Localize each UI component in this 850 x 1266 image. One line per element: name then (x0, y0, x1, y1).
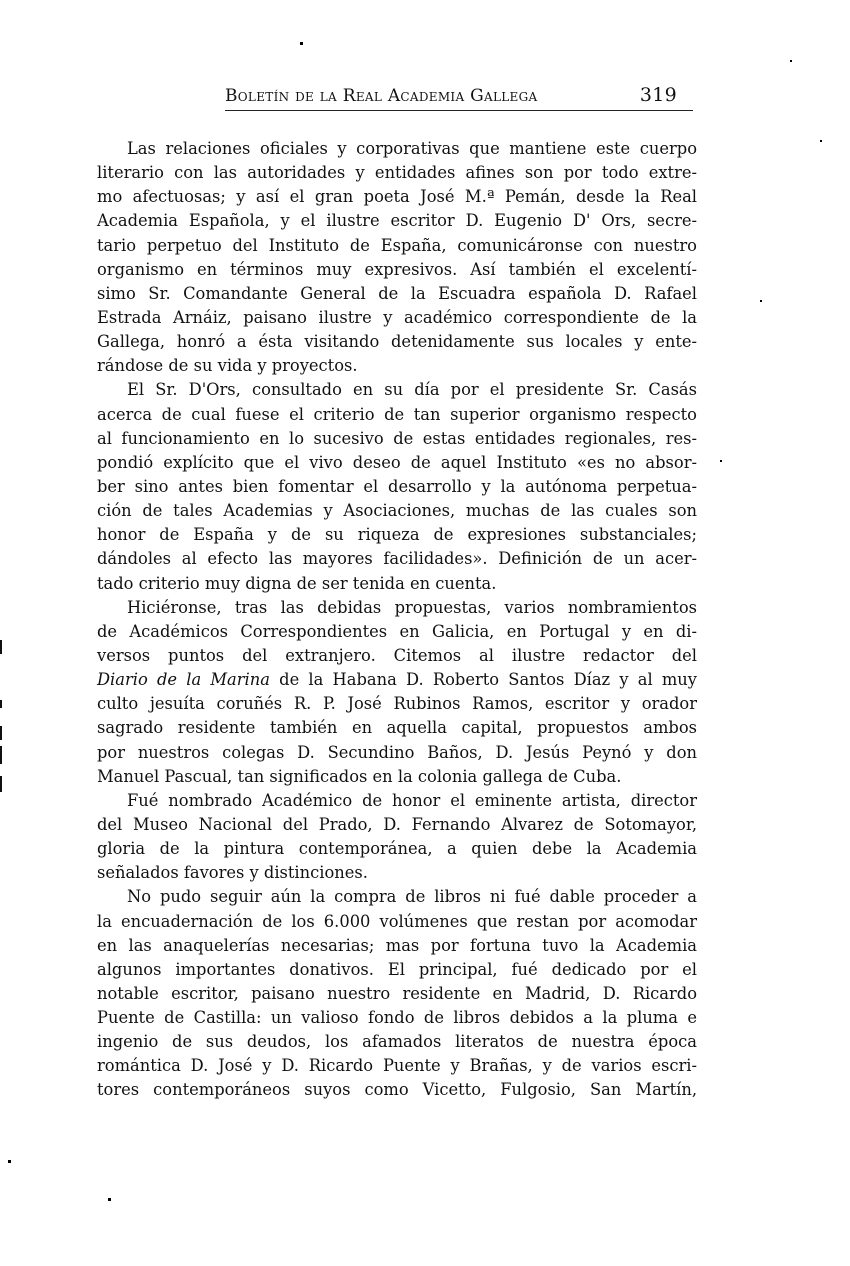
body-text: Las relaciones oficiales y corporativas … (97, 137, 697, 1103)
scan-edge-mark (0, 700, 2, 708)
text-line: ber sino antes bien fomentar el desarrol… (97, 475, 697, 499)
text-line: ción de tales Academias y Asociaciones, … (97, 499, 697, 523)
text-line: por nuestros colegas D. Secundino Baños,… (97, 741, 697, 765)
header-rule (225, 110, 693, 111)
text-line: acerca de cual fuese el criterio de tan … (97, 403, 697, 427)
scan-speckle (720, 460, 722, 462)
text-line: versos puntos del extranjero. Citemos al… (97, 644, 697, 668)
text-line: de Académicos Correspondientes en Galici… (97, 620, 697, 644)
text-line-with-italic: Diario de la Marina de la Habana D. Robe… (97, 668, 697, 692)
text-line: gloria de la pintura contemporánea, a qu… (97, 837, 697, 861)
scan-edge-mark (0, 726, 2, 740)
text-line: organismo en términos muy expresivos. As… (97, 258, 697, 282)
page-number: 319 (640, 84, 677, 106)
text-line: honor de España y de su riqueza de expre… (97, 523, 697, 547)
text-line: pondió explícito que el vivo deseo de aq… (97, 451, 697, 475)
text-line: No pudo seguir aún la compra de libros n… (97, 885, 697, 909)
text-line: literario con las autoridades y entidade… (97, 161, 697, 185)
scan-edge-mark (0, 746, 2, 764)
text-line: simo Sr. Comandante General de la Escuad… (97, 282, 697, 306)
scan-edge-mark (0, 776, 2, 792)
text-line: Fué nombrado Académico de honor el emine… (97, 789, 697, 813)
paragraph-1: Las relaciones oficiales y corporativas … (97, 137, 697, 378)
paragraph-3: Hiciéronse, tras las debidas propuestas,… (97, 596, 697, 789)
text-line: algunos importantes donativos. El princi… (97, 958, 697, 982)
scan-speckle (820, 140, 822, 142)
scanned-page: Boletín de la Real Academia Gallega 319 … (0, 0, 850, 1266)
scan-speckle (300, 42, 303, 45)
text-line: Academia Española, y el ilustre escritor… (97, 209, 697, 233)
paragraph-4: Fué nombrado Académico de honor el emine… (97, 789, 697, 886)
italic-newspaper-title: Diario de la Marina (97, 670, 270, 689)
running-header: Boletín de la Real Academia Gallega 319 (225, 84, 695, 110)
text-line: rándose de su vida y proyectos. (97, 354, 697, 378)
running-title: Boletín de la Real Academia Gallega (225, 86, 537, 106)
scan-speckle (8, 1160, 11, 1163)
text-line: tores contemporáneos suyos como Vicetto,… (97, 1078, 697, 1102)
text-line: notable escritor, paisano nuestro reside… (97, 982, 697, 1006)
text-line: Gallega, honró a ésta visitando detenida… (97, 330, 697, 354)
text-line: ingenio de sus deudos, los afamados lite… (97, 1030, 697, 1054)
text-line: romántica D. José y D. Ricardo Puente y … (97, 1054, 697, 1078)
text-line: tado criterio muy digna de ser tenida en… (97, 572, 697, 596)
text-line: al funcionamiento en lo sucesivo de esta… (97, 427, 697, 451)
text-line: Las relaciones oficiales y corporativas … (97, 137, 697, 161)
scan-edge-mark (0, 640, 2, 654)
text-line: El Sr. D'Ors, consultado en su día por e… (97, 378, 697, 402)
text-line: sagrado residente también en aquella cap… (97, 716, 697, 740)
text-line: señalados favores y distinciones. (97, 861, 697, 885)
text-line: culto jesuíta coruñés R. P. José Rubinos… (97, 692, 697, 716)
text-line: Puente de Castilla: un valioso fondo de … (97, 1006, 697, 1030)
text-line: la encuadernación de los 6.000 volúmenes… (97, 910, 697, 934)
text-line: dándoles al efecto las mayores facilidad… (97, 547, 697, 571)
text-line: en las anaquelerías necesarias; mas por … (97, 934, 697, 958)
text-line-rest: de la Habana D. Roberto Santos Díaz y al… (279, 670, 697, 689)
scan-speckle (790, 60, 792, 62)
text-line: mo afectuosas; y así el gran poeta José … (97, 185, 697, 209)
paragraph-2: El Sr. D'Ors, consultado en su día por e… (97, 378, 697, 595)
paragraph-5: No pudo seguir aún la compra de libros n… (97, 885, 697, 1102)
text-line: Manuel Pascual, tan significados en la c… (97, 765, 697, 789)
scan-speckle (108, 1198, 111, 1201)
text-line: Estrada Arnáiz, paisano ilustre y académ… (97, 306, 697, 330)
text-line: del Museo Nacional del Prado, D. Fernand… (97, 813, 697, 837)
text-line: Hiciéronse, tras las debidas propuestas,… (97, 596, 697, 620)
text-line: tario perpetuo del Instituto de España, … (97, 234, 697, 258)
scan-speckle (760, 300, 762, 302)
